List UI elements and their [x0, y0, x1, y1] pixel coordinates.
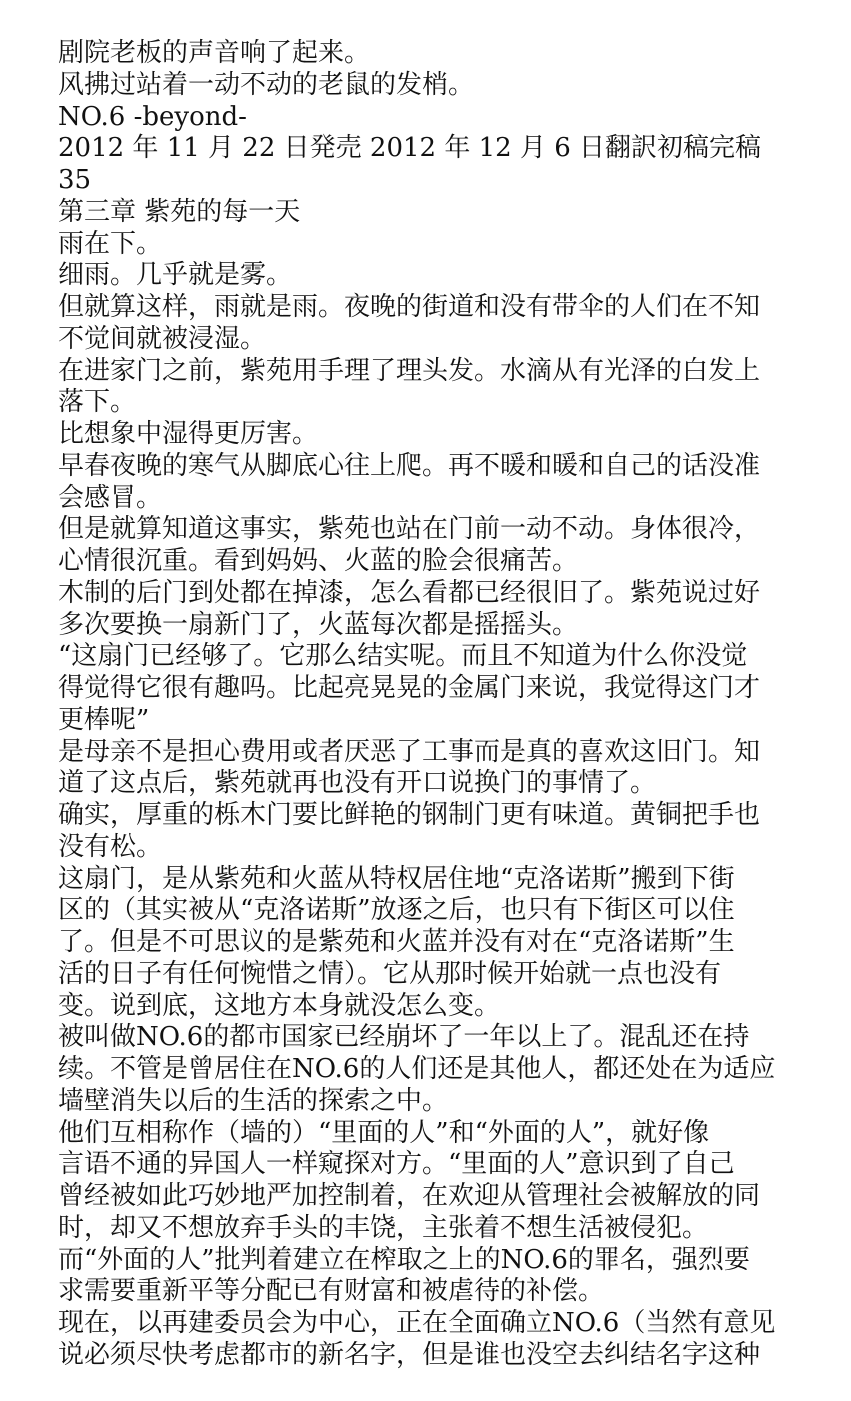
text-line: 得觉得它很有趣吗。比起亮晃晃的金属门来说，我觉得这门才: [58, 673, 794, 705]
text-line: 说必须尽快考虑都市的新名字，但是谁也没空去纠结名字这种: [58, 1340, 794, 1372]
text-line: 活的日子有任何惋惜之情）。它从那时候开始就一点也没有: [58, 959, 794, 991]
document-page: 剧院老板的声音响了起来。 风拂过站着一动不动的老鼠的发梢。 NO.6 -beyo…: [58, 38, 794, 1372]
text-line: 而“外面的人”批判着建立在榨取之上的NO.6的罪名，强烈要: [58, 1245, 794, 1277]
text-line: 会感冒。: [58, 483, 794, 515]
text-line: 被叫做NO.6的都市国家已经崩坏了一年以上了。混乱还在持: [58, 1022, 794, 1054]
text-line: 细雨。几乎就是雾。: [58, 260, 794, 292]
text-line: 曾经被如此巧妙地严加控制着，在欢迎从管理社会被解放的同: [58, 1181, 794, 1213]
text-line: 不觉间就被浸湿。: [58, 324, 794, 356]
page-number: 35: [58, 165, 794, 197]
text-line: 没有松。: [58, 832, 794, 864]
text-line: 但是就算知道这事实，紫苑也站在门前一动不动。身体很冷，: [58, 514, 794, 546]
text-line: 变。说到底，这地方本身就没怎么变。: [58, 991, 794, 1023]
text-line: 时，却又不想放弃手头的丰饶，主张着不想生活被侵犯。: [58, 1213, 794, 1245]
text-line: 了。但是不可思议的是紫苑和火蓝并没有对在“克洛诺斯”生: [58, 927, 794, 959]
text-line: 早春夜晚的寒气从脚底心往上爬。再不暖和暖和自己的话没准: [58, 451, 794, 483]
text-line: 多次要换一扇新门了，火蓝每次都是摇摇头。: [58, 610, 794, 642]
text-line: 但就算这样，雨就是雨。夜晚的街道和没有带伞的人们在不知: [58, 292, 794, 324]
text-line: 是母亲不是担心费用或者厌恶了工事而是真的喜欢这旧门。知: [58, 737, 794, 769]
text-line: 心情很沉重。看到妈妈、火蓝的脸会很痛苦。: [58, 546, 794, 578]
text-line: 确实，厚重的栎木门要比鲜艳的钢制门更有味道。黄铜把手也: [58, 800, 794, 832]
text-line: 比想象中湿得更厉害。: [58, 419, 794, 451]
text-line: 落下。: [58, 387, 794, 419]
text-line: 言语不通的异国人一样窥探对方。“里面的人”意识到了自己: [58, 1149, 794, 1181]
text-line: 雨在下。: [58, 229, 794, 261]
text-line: 现在，以再建委员会为中心，正在全面确立NO.6（当然有意见: [58, 1308, 794, 1340]
text-line: 区的（其实被从“克洛诺斯”放逐之后，也只有下街区可以住: [58, 895, 794, 927]
chapter-title: 第三章 紫苑的每一天: [58, 197, 794, 229]
text-line: 剧院老板的声音响了起来。: [58, 38, 794, 70]
text-line: 更棒呢”: [58, 705, 794, 737]
text-line: 木制的后门到处都在掉漆，怎么看都已经很旧了。紫苑说过好: [58, 578, 794, 610]
text-line: 这扇门，是从紫苑和火蓝从特权居住地“克洛诺斯”搬到下街: [58, 864, 794, 896]
book-title: NO.6 -beyond-: [58, 102, 794, 134]
text-line: “这扇门已经够了。它那么结实呢。而且不知道为什么你没觉: [58, 641, 794, 673]
text-line: 风拂过站着一动不动的老鼠的发梢。: [58, 70, 794, 102]
text-line: 求需要重新平等分配已有财富和被虐待的补偿。: [58, 1276, 794, 1308]
text-line: 续。不管是曾居住在NO.6的人们还是其他人，都还处在为适应: [58, 1054, 794, 1086]
text-line: 墙壁消失以后的生活的探索之中。: [58, 1086, 794, 1118]
text-line: 在进家门之前，紫苑用手理了理头发。水滴从有光泽的白发上: [58, 356, 794, 388]
text-line: 他们互相称作（墙的）“里面的人”和“外面的人”，就好像: [58, 1118, 794, 1150]
text-line: 道了这点后，紫苑就再也没有开口说换门的事情了。: [58, 768, 794, 800]
publication-note: 2012 年 11 月 22 日発売 2012 年 12 月 6 日翻訳初稿完稿: [58, 133, 794, 165]
